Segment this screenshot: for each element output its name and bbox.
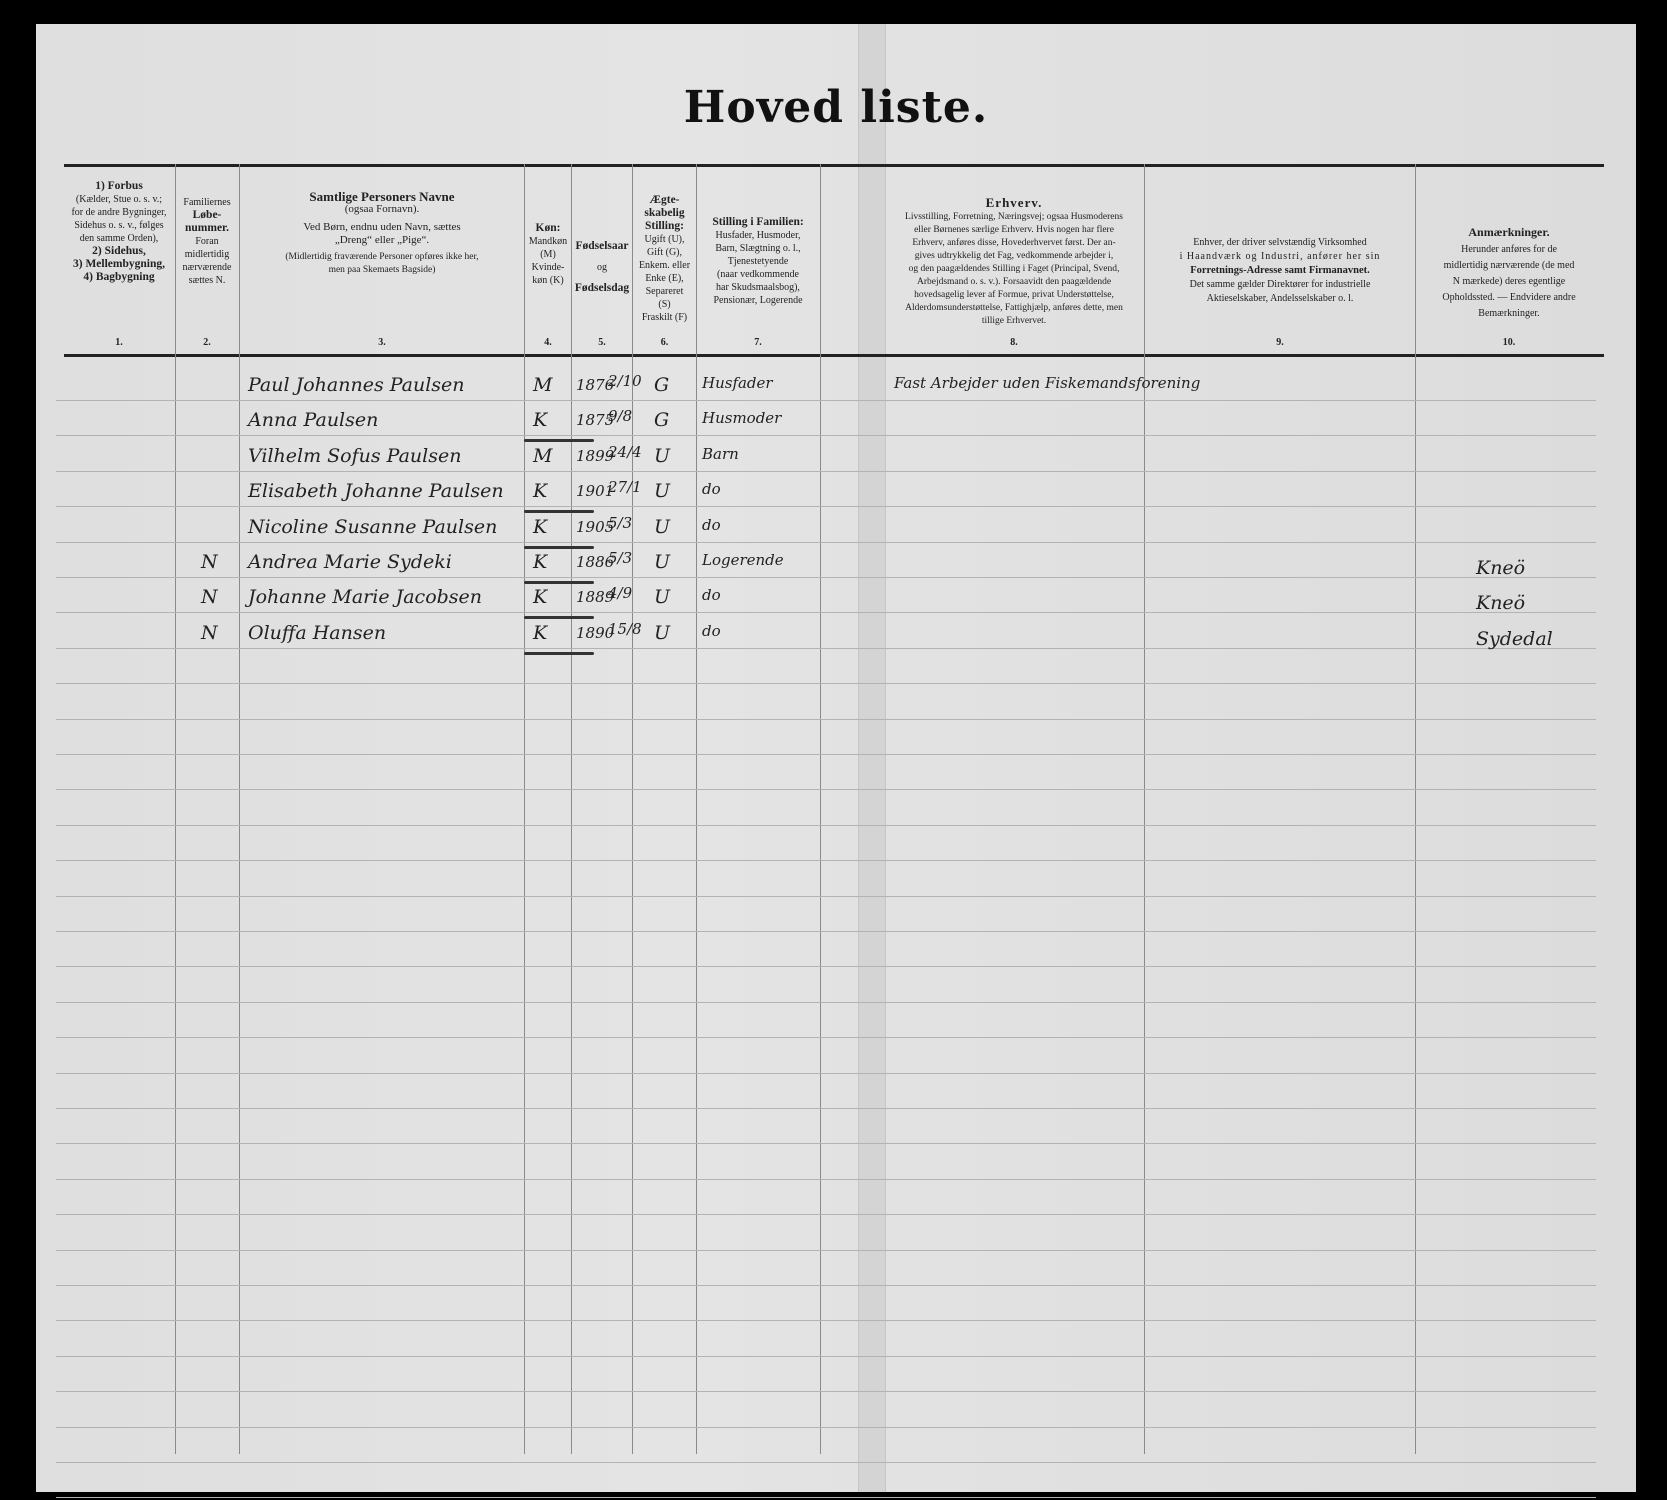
header-col-9: Enhver, der driver selvstændig Virksomhe… bbox=[1146, 236, 1414, 306]
ruled-line bbox=[56, 860, 1596, 861]
entry-family-role: do bbox=[702, 622, 721, 640]
entry-family-role: Logerende bbox=[702, 551, 784, 569]
ruled-line bbox=[56, 966, 1596, 967]
ruled-line bbox=[56, 471, 1596, 472]
ruled-line bbox=[56, 577, 1596, 578]
column-number: 4. bbox=[525, 337, 571, 348]
ruled-line bbox=[56, 1143, 1596, 1144]
entry-date: 15/8 bbox=[608, 620, 642, 638]
header-top-rule bbox=[64, 164, 1604, 167]
entry-family-role: do bbox=[702, 516, 721, 534]
ruled-line bbox=[56, 683, 1596, 684]
ruled-line bbox=[56, 896, 1596, 897]
header-col-6: Ægte- skabelig Stilling: Ugift (U), Gift… bbox=[633, 194, 696, 324]
entry-marital: U bbox=[654, 622, 670, 644]
entry-date: 9/8 bbox=[608, 407, 632, 425]
header-col-1: 1) Forbus (Kælder, Stue o. s. v.; for de… bbox=[66, 180, 172, 284]
entry-mark: N bbox=[201, 586, 218, 608]
entry-remark: Kneö bbox=[1476, 557, 1525, 579]
entry-marital: G bbox=[654, 374, 669, 396]
header-col-4: Køn: Mandkøn (M) Kvinde- køn (K) bbox=[525, 222, 571, 287]
entry-sex: K bbox=[533, 409, 547, 431]
header-col-10: Anmærkninger. Herunder anføres for de mi… bbox=[1416, 224, 1602, 322]
entry-occupation: Fast Arbejder uden Fiskemandsforening bbox=[894, 374, 1200, 392]
entry-marital: U bbox=[654, 480, 670, 502]
entry-family-role: Barn bbox=[702, 445, 739, 463]
ruled-line bbox=[56, 542, 1596, 543]
ruled-line bbox=[56, 435, 1596, 436]
entry-marital: G bbox=[654, 409, 669, 431]
ruled-line bbox=[56, 506, 1596, 507]
entry-family-role: do bbox=[702, 480, 721, 498]
column-divider bbox=[820, 164, 821, 1454]
column-number: 1. bbox=[66, 337, 172, 348]
entry-name: Nicoline Susanne Paulsen bbox=[248, 516, 497, 538]
entry-sex: K bbox=[533, 551, 547, 573]
form-title: Hoved liste. bbox=[36, 82, 1636, 133]
column-number: 2. bbox=[176, 337, 238, 348]
ruled-line bbox=[56, 719, 1596, 720]
ruled-line bbox=[56, 1073, 1596, 1074]
ruled-line bbox=[56, 1391, 1596, 1392]
ruled-line bbox=[56, 1320, 1596, 1321]
column-divider bbox=[632, 164, 633, 1454]
entry-sex: M bbox=[533, 374, 552, 396]
entry-family-role: Husmoder bbox=[702, 409, 781, 427]
entry-sex: K bbox=[533, 622, 547, 644]
column-number: 6. bbox=[633, 337, 696, 348]
column-number: 7. bbox=[697, 337, 819, 348]
header-col-5: Fødselsaar og Fødselsdag bbox=[572, 236, 632, 299]
entry-sex: K bbox=[533, 480, 547, 502]
entry-name: Oluffa Hansen bbox=[248, 622, 386, 644]
ruled-line bbox=[56, 825, 1596, 826]
ruled-line bbox=[56, 612, 1596, 613]
underline-mark bbox=[524, 510, 594, 513]
ruled-line bbox=[56, 648, 1596, 649]
entry-family-role: do bbox=[702, 586, 721, 604]
entry-marital: U bbox=[654, 516, 670, 538]
ruled-line bbox=[56, 1179, 1596, 1180]
column-divider bbox=[1415, 164, 1416, 1454]
entry-date: 24/4 bbox=[608, 443, 642, 461]
entry-date: 5/3 bbox=[608, 514, 632, 532]
entry-marital: U bbox=[654, 551, 670, 573]
column-number: 8. bbox=[886, 337, 1142, 348]
column-number: 9. bbox=[1146, 337, 1414, 348]
ruled-line bbox=[56, 1002, 1596, 1003]
entry-date: 27/1 bbox=[608, 478, 642, 496]
ruled-line bbox=[56, 1250, 1596, 1251]
entry-name: Vilhelm Sofus Paulsen bbox=[248, 445, 461, 467]
column-number: 3. bbox=[242, 337, 522, 348]
ruled-line bbox=[56, 1462, 1596, 1463]
entry-name: Paul Johannes Paulsen bbox=[248, 374, 465, 396]
column-divider bbox=[1144, 164, 1145, 1454]
entry-date: 4/9 bbox=[608, 584, 632, 602]
ruled-line bbox=[56, 1037, 1596, 1038]
ruled-line bbox=[56, 1285, 1596, 1286]
entry-name: Anna Paulsen bbox=[248, 409, 378, 431]
ruled-line bbox=[56, 1214, 1596, 1215]
header-col-8: Erhverv. Livsstilling, Forretning, Nærin… bbox=[886, 196, 1142, 328]
column-divider bbox=[571, 164, 572, 1454]
entry-sex: K bbox=[533, 516, 547, 538]
entry-name: Andrea Marie Sydeki bbox=[248, 551, 452, 573]
column-number: 10. bbox=[1416, 337, 1602, 348]
column-divider bbox=[175, 164, 176, 1454]
underline-mark bbox=[524, 652, 594, 655]
ruled-line bbox=[56, 1427, 1596, 1428]
header-col-7: Stilling i Familien: Husfader, Husmoder,… bbox=[697, 216, 819, 307]
entry-mark: N bbox=[201, 551, 218, 573]
underline-mark bbox=[524, 616, 594, 619]
ruled-line bbox=[56, 400, 1596, 401]
ruled-line bbox=[56, 789, 1596, 790]
entry-remark: Kneö bbox=[1476, 592, 1525, 614]
entry-name: Johanne Marie Jacobsen bbox=[248, 586, 482, 608]
underline-mark bbox=[524, 546, 594, 549]
entry-date: 2/10 bbox=[608, 372, 642, 390]
underline-mark bbox=[524, 439, 594, 442]
ruled-line bbox=[56, 1356, 1596, 1357]
ruled-line bbox=[56, 754, 1596, 755]
ruled-line bbox=[56, 1108, 1596, 1109]
header-col-3: Samtlige Personers Navne (ogsaa Fornavn)… bbox=[242, 190, 522, 277]
entry-sex: K bbox=[533, 586, 547, 608]
ruled-line bbox=[56, 931, 1596, 932]
entry-marital: U bbox=[654, 445, 670, 467]
entry-marital: U bbox=[654, 586, 670, 608]
underline-mark bbox=[524, 581, 594, 584]
entry-name: Elisabeth Johanne Paulsen bbox=[248, 480, 504, 502]
header-bottom-rule bbox=[64, 354, 1604, 357]
entry-remark: Sydedal bbox=[1476, 628, 1553, 650]
header-col-2: Familiernes Løbe- nummer. Foran midlerti… bbox=[176, 196, 238, 287]
column-divider bbox=[239, 164, 240, 1454]
entry-family-role: Husfader bbox=[702, 374, 773, 392]
page-gutter bbox=[858, 24, 886, 1492]
entry-mark: N bbox=[201, 622, 218, 644]
column-divider bbox=[696, 164, 697, 1454]
census-form-page: Hoved liste. 1) Forbus (Kælder, Stue o. … bbox=[36, 24, 1636, 1492]
entry-date: 5/3 bbox=[608, 549, 632, 567]
ruled-line bbox=[56, 1497, 1596, 1498]
column-divider bbox=[524, 164, 525, 1454]
entry-sex: M bbox=[533, 445, 552, 467]
column-number: 5. bbox=[572, 337, 632, 348]
